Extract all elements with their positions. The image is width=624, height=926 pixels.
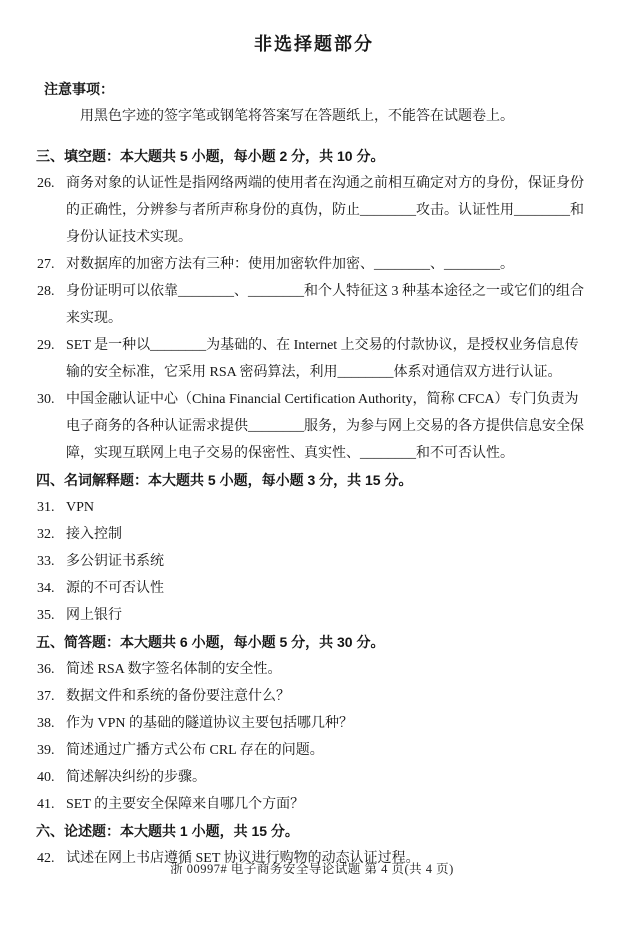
page-title: 非选择题部分 [36,32,592,56]
question-item: 31. VPN [36,494,592,521]
section-heading: 三、填空题：本大题共 5 小题，每小题 2 分，共 10 分。 [36,143,592,170]
section-heading: 五、简答题：本大题共 6 小题，每小题 5 分，共 30 分。 [36,629,592,656]
question-item: 36. 简述 RSA 数字签名体制的安全性。 [36,656,592,683]
question-text: 接入控制 [66,527,122,542]
exam-paper-page: 非选择题部分 注意事项： 用黑色字迹的签字笔或钢笔将答案写在答题纸上，不能答在试… [0,0,624,926]
question-item: 32. 接入控制 [36,521,592,548]
question-item: 40. 简述解决纠纷的步骤。 [36,764,592,791]
question-text: 中国金融认证中心（China Financial Certification A… [66,392,584,461]
question-item: 37. 数据文件和系统的备份要注意什么？ [36,683,592,710]
page-footer: 浙 00997# 电子商务安全导论试题 第 4 页(共 4 页) [0,856,624,883]
question-text: 简述 RSA 数字签名体制的安全性。 [66,662,281,677]
section-short-answer: 五、简答题：本大题共 6 小题，每小题 5 分，共 30 分。 36. 简述 R… [36,629,592,818]
question-text: 作为 VPN 的基础的隧道协议主要包括哪几种？ [66,716,353,731]
question-number: 26. [37,170,55,197]
question-item: 28. 身份证明可以依靠________、________和个人特征这 3 种基… [36,278,592,332]
question-text: 简述解决纠纷的步骤。 [66,770,206,785]
question-text: 对数据库的加密方法有三种：使用加密软件加密、________、________。 [66,257,514,272]
question-item: 27. 对数据库的加密方法有三种：使用加密软件加密、________、_____… [36,251,592,278]
question-number: 28. [37,278,55,305]
question-number: 36. [37,656,55,683]
section-term-explanation: 四、名词解释题：本大题共 5 小题，每小题 3 分，共 15 分。 31. VP… [36,467,592,629]
question-item: 39. 简述通过广播方式公布 CRL 存在的问题。 [36,737,592,764]
notice-block: 注意事项： 用黑色字迹的签字笔或钢笔将答案写在答题纸上，不能答在试题卷上。 [36,76,592,130]
question-number: 30. [37,386,55,413]
section-heading: 四、名词解释题：本大题共 5 小题，每小题 3 分，共 15 分。 [36,467,592,494]
question-number: 34. [37,575,55,602]
question-number: 27. [37,251,55,278]
question-text: 简述通过广播方式公布 CRL 存在的问题。 [66,743,324,758]
question-number: 29. [37,332,55,359]
question-number: 33. [37,548,55,575]
question-item: 30. 中国金融认证中心（China Financial Certificati… [36,386,592,467]
question-number: 40. [37,764,55,791]
question-number: 39. [37,737,55,764]
section-fill-in-blanks: 三、填空题：本大题共 5 小题，每小题 2 分，共 10 分。 26. 商务对象… [36,143,592,467]
question-item: 26. 商务对象的认证性是指网络两端的使用者在沟通之前相互确定对方的身份，保证身… [36,170,592,251]
question-item: 41. SET 的主要安全保障来自哪几个方面？ [36,791,592,818]
question-item: 35. 网上银行 [36,602,592,629]
question-number: 37. [37,683,55,710]
section-heading: 六、论述题：本大题共 1 小题，共 15 分。 [36,818,592,845]
question-text: 数据文件和系统的备份要注意什么？ [66,689,290,704]
question-item: 34. 源的不可否认性 [36,575,592,602]
question-text: 源的不可否认性 [66,581,164,596]
question-item: 33. 多公钥证书系统 [36,548,592,575]
notice-body: 用黑色字迹的签字笔或钢笔将答案写在答题纸上，不能答在试题卷上。 [36,103,592,130]
question-text: SET 是一种以________为基础的、在 Internet 上交易的付款协议… [66,338,579,380]
question-text: VPN [66,500,94,515]
question-number: 35. [37,602,55,629]
question-number: 32. [37,521,55,548]
question-item: 38. 作为 VPN 的基础的隧道协议主要包括哪几种？ [36,710,592,737]
question-number: 38. [37,710,55,737]
question-number: 31. [37,494,55,521]
question-text: 网上银行 [66,608,122,623]
question-text: 商务对象的认证性是指网络两端的使用者在沟通之前相互确定对方的身份，保证身份的正确… [66,176,584,245]
question-number: 41. [37,791,55,818]
question-item: 29. SET 是一种以________为基础的、在 Internet 上交易的… [36,332,592,386]
question-text: 身份证明可以依靠________、________和个人特征这 3 种基本途径之… [66,284,584,326]
notice-heading: 注意事项： [36,76,592,103]
question-text: 多公钥证书系统 [66,554,164,569]
question-text: SET 的主要安全保障来自哪几个方面？ [66,797,304,812]
